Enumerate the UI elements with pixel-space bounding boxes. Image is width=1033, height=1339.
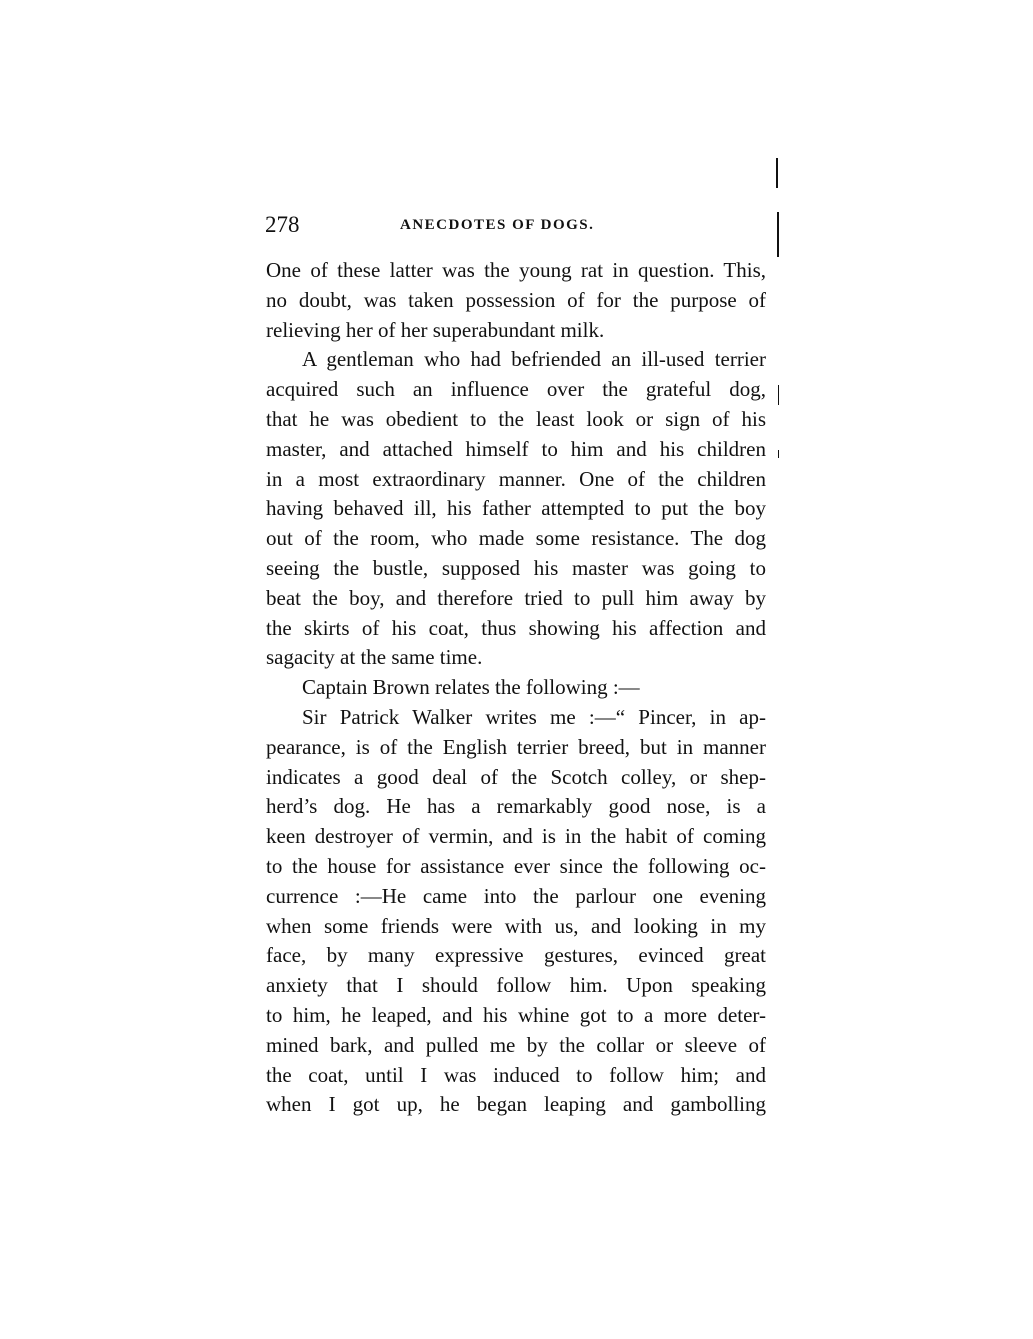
- scan-margin-mark: [778, 450, 779, 458]
- text-line: seeing the bustle, supposed his master w…: [266, 554, 766, 584]
- text-line: to the house for assistance ever since t…: [266, 852, 766, 882]
- text-line: in a most extraordinary manner. One of t…: [266, 465, 766, 495]
- text-line: Sir Patrick Walker writes me :—“ Pincer,…: [266, 703, 766, 733]
- text-line: having behaved ill, his father attempted…: [266, 494, 766, 524]
- text-line: mined bark, and pulled me by the collar …: [266, 1031, 766, 1061]
- text-line: anxiety that I should follow him. Upon s…: [266, 971, 766, 1001]
- text-line: that he was obedient to the least look o…: [266, 405, 766, 435]
- text-line: herd’s dog. He has a remarkably good nos…: [266, 792, 766, 822]
- text-line: One of these latter was the young rat in…: [266, 256, 766, 286]
- text-line: the skirts of his coat, thus showing his…: [266, 614, 766, 644]
- page-number: 278: [265, 212, 300, 238]
- text-line: when I got up, he began leaping and gamb…: [266, 1090, 766, 1120]
- scan-margin-mark: [776, 158, 778, 188]
- text-line: when some friends were with us, and look…: [266, 912, 766, 942]
- text-line: acquired such an influence over the grat…: [266, 375, 766, 405]
- text-line: the coat, until I was induced to follow …: [266, 1061, 766, 1091]
- text-line: Captain Brown relates the following :—: [266, 673, 766, 703]
- book-page: 278 ANECDOTES OF DOGS. One of these latt…: [0, 0, 1033, 1339]
- text-line: relieving her of her superabundant milk.: [266, 316, 766, 346]
- text-line: face, by many expressive gestures, evinc…: [266, 941, 766, 971]
- text-line: A gentleman who had befriended an ill-us…: [266, 345, 766, 375]
- text-line: currence :—He came into the parlour one …: [266, 882, 766, 912]
- scan-margin-mark: [777, 212, 779, 257]
- text-line: indicates a good deal of the Scotch coll…: [266, 763, 766, 793]
- text-line: sagacity at the same time.: [266, 643, 766, 673]
- text-line: no doubt, was taken possession of for th…: [266, 286, 766, 316]
- page-header: 278 ANECDOTES OF DOGS.: [265, 212, 765, 242]
- text-line: keen destroyer of vermin, and is in the …: [266, 822, 766, 852]
- scan-margin-mark: [778, 385, 779, 405]
- body-text: One of these latter was the young rat in…: [266, 256, 766, 1120]
- text-line: to him, he leaped, and his whine got to …: [266, 1001, 766, 1031]
- text-line: beat the boy, and therefore tried to pul…: [266, 584, 766, 614]
- text-line: master, and attached himself to him and …: [266, 435, 766, 465]
- text-line: out of the room, who made some resistanc…: [266, 524, 766, 554]
- running-head: ANECDOTES OF DOGS.: [400, 217, 594, 234]
- text-line: pearance, is of the English terrier bree…: [266, 733, 766, 763]
